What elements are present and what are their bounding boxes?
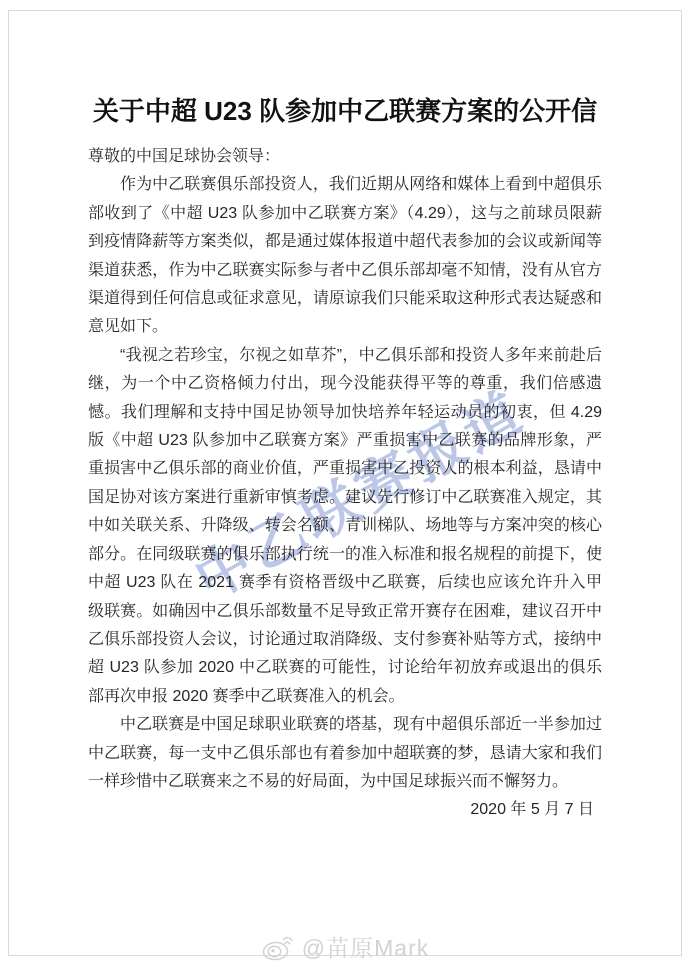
letter-page: 中乙联赛报道 关于中超 U23 队参加中乙联赛方案的公开信 尊敬的中国足球协会领… xyxy=(0,0,690,968)
weibo-watermark: @苗原Mark xyxy=(0,930,690,963)
letter-body: 关于中超 U23 队参加中乙联赛方案的公开信 尊敬的中国足球协会领导： 作为中乙… xyxy=(88,94,602,825)
letter-paragraph-1: 作为中乙联赛俱乐部投资人，我们近期从网络和媒体上看到中超俱乐部收到了《中超 U2… xyxy=(88,171,602,341)
weibo-handle: @苗原Mark xyxy=(302,930,429,963)
letter-salutation: 尊敬的中国足球协会领导： xyxy=(88,143,602,171)
letter-paragraph-2: “我视之若珍宝，尔视之如草芥”，中乙俱乐部和投资人多年来前赴后继，为一个中乙资格… xyxy=(88,342,602,711)
letter-title: 关于中超 U23 队参加中乙联赛方案的公开信 xyxy=(54,94,636,128)
letter-date: 2020 年 5 月 7 日 xyxy=(88,796,602,824)
letter-paragraph-3: 中乙联赛是中国足球职业联赛的塔基，现有中超俱乐部近一半参加过中乙联赛，每一支中乙… xyxy=(88,711,602,796)
weibo-icon xyxy=(261,932,295,962)
